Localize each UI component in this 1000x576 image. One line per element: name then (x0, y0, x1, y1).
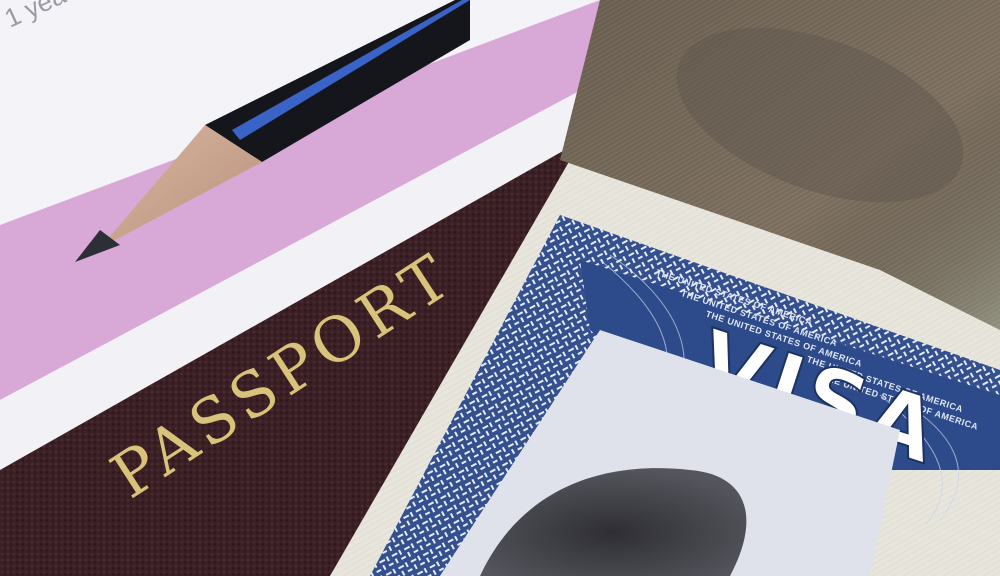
photo-scene: 1 yea PASSPORT THE UNITED STATES OF AMER… (0, 0, 1000, 576)
photo-canvas: 1 yea PASSPORT THE UNITED STATES OF AMER… (0, 0, 1000, 576)
